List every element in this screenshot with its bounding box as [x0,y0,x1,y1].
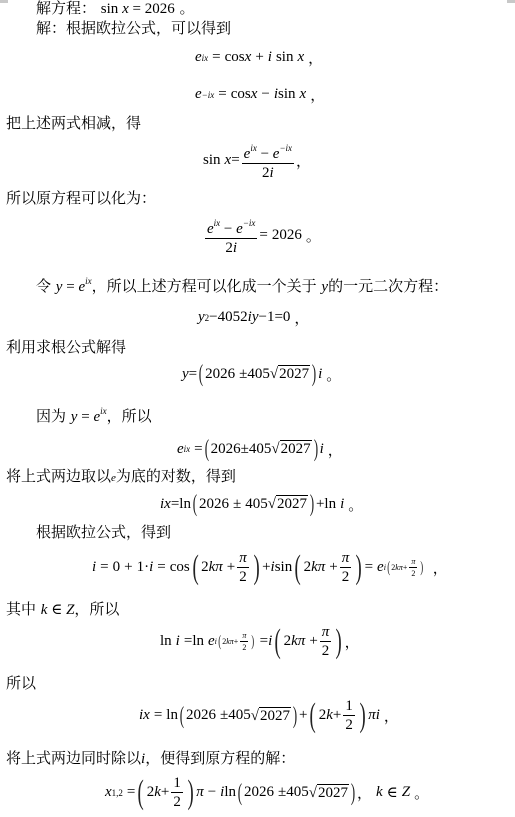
equation-euler-negative: e−ix = cosx − isinx ， [195,84,325,105]
equation-i-polar: i=0+1·i=cos ( 2kπ+ π2 ) +isin ( 2kπ+ π2 … [92,550,448,585]
equation-exp-roots: eix= ( 2026±405 √2027 )i， [177,437,343,461]
equation-ix-general: ix=ln ( 2026±405 √2027 )+ ( 2k+ 12 )πi， [139,698,399,733]
logarithm-text: 将上式两边取以e为底的对数，得到 [6,466,236,488]
equation-sin-exponential: sinx = eix − e−ix 2i ， [203,140,311,181]
problem-statement: 解方程： sin x = 2026 。 [36,0,195,19]
subtract-text: 把上述两式相减，得 [6,113,141,133]
substitution-text: 令 y = eix，所以上述方程可以化成一个关于 y的一元二次方程： [36,271,448,297]
problem-equation: sin x = 2026 [101,1,175,17]
formula-text: 利用求根公式解得 [6,337,126,357]
where-text: 其中 k ∈ Z，所以 [6,599,119,620]
final-solution-equation: x1,2= ( 2k+ 12 )π−iln ( 2026±405 √2027 )… [105,775,429,810]
problem-end: 。 [179,0,194,17]
equation-euler-positive: eix = cosx + isinx ， [195,47,323,68]
equation-ln-i: lni=lne i(2kπ+π2) =i ( 2kπ+ π2 )， [160,624,360,659]
equation-roots-y: y= ( 2026±405 √2027 )i。 [182,362,341,386]
fraction: eix − e−ix 2i [205,215,257,256]
problem-label: 解方程： [36,0,96,17]
euler-again-text: 根据欧拉公式，得到 [36,522,171,542]
divide-text: 将上式两边同时除以i，便得到原方程的解： [6,748,295,769]
equation-transformed: eix − e−ix 2i =2026。 [203,215,321,256]
equation-log: ix=ln ( 2026±405 √2027 )+lni。 [160,492,363,516]
page-corner-mark-left [0,0,8,3]
transform-text: 所以原方程可以化为： [6,188,156,208]
so-text: 所以 [6,673,36,693]
because-text: 因为 y = eix，所以 [36,401,152,427]
fraction: eix − e−ix 2i [242,140,294,181]
page-corner-mark-right [507,0,515,3]
equation-quadratic: y2 −4052iy −1 =0， [198,307,309,328]
solution-intro: 解：根据欧拉公式，可以得到 [36,18,231,38]
